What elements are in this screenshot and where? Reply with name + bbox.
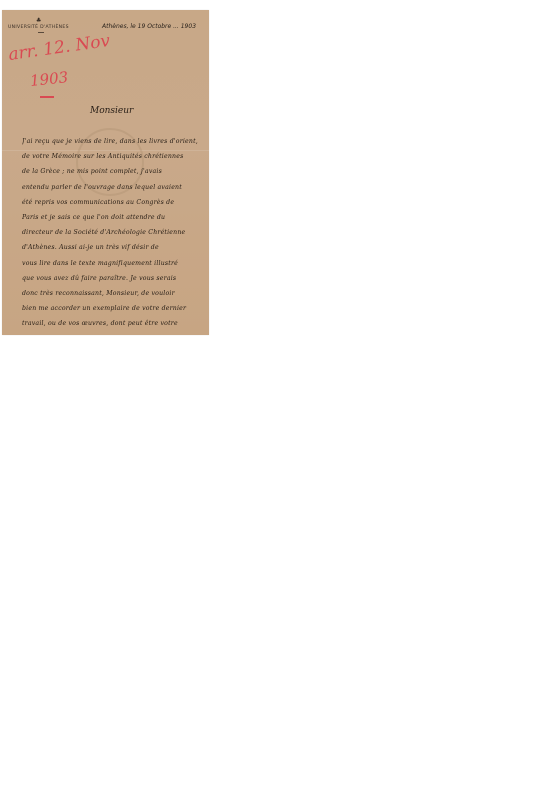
letter-line: de votre Mémoire sur les Antiquités chré… [22, 149, 208, 164]
red-annotation-year: 1903 [29, 68, 69, 90]
letter-line: été repris vos communications au Congrès… [22, 195, 208, 210]
red-annotation-underline [40, 96, 54, 98]
red-annotation-received: arr. 12. Nov [7, 31, 111, 65]
letterhead-rule [38, 32, 44, 33]
crest-icon: ♣ [36, 17, 41, 24]
letter-line: vous lire dans le texte magnifiquement i… [22, 256, 208, 271]
salutation: Monsieur [90, 106, 133, 116]
letter-line: entendu parler de l'ouvrage dans lequel … [22, 180, 208, 195]
place-date: Athènes, le 19 Octobre ... 1903 [102, 23, 196, 30]
letter-line: donc très reconnaissant, Monsieur, de vo… [22, 286, 208, 301]
letter-line: bien me accorder un exemplaire de votre … [22, 301, 208, 316]
letter-page: ♣ UNIVERSITÉ D'ATHÈNES Athènes, le 19 Oc… [2, 10, 209, 335]
letter-body: J'ai reçu que je viens de lire, dans les… [22, 134, 208, 332]
letter-line: d'Athènes. Aussi ai-je un très vif désir… [22, 240, 208, 255]
letter-line: directeur de la Société d'Archéologie Ch… [22, 225, 208, 240]
letter-line: Paris et je sais ce que l'on doit attend… [22, 210, 208, 225]
letter-line: travail, ou de vos œuvres, dont peut êtr… [22, 316, 208, 331]
letter-line: de la Grèce ; ne mis point complet, j'av… [22, 164, 208, 179]
letter-line: que vous avez dû faire paraître. Je vous… [22, 271, 208, 286]
letter-line: J'ai reçu que je viens de lire, dans les… [22, 134, 208, 149]
letterhead-institution: UNIVERSITÉ D'ATHÈNES [8, 25, 69, 30]
